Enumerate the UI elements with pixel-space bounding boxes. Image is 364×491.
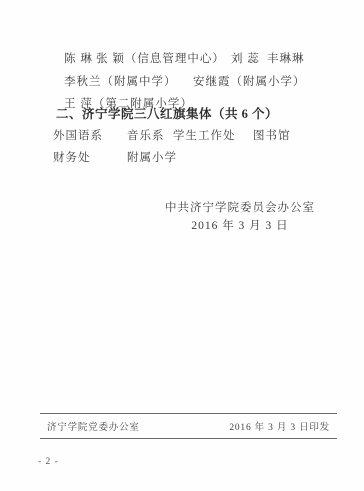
name-entry: 陈 琳	[64, 53, 93, 66]
section-heading: 二、济宁学院三八红旗集体（共 6 个）	[56, 108, 278, 121]
name-entry: 张 颖（信息管理中心）	[96, 53, 225, 66]
document-page: 陈 琳 张 颖（信息管理中心） 刘 蕊 丰琳琳 李秋兰（附属中学） 安继霞（附属…	[0, 0, 364, 491]
signature-date: 2016 年 3 月 3 日	[116, 217, 364, 235]
signature-office: 中共济宁学院委员会办公室	[116, 199, 364, 217]
dept-entry: 外国语系	[53, 130, 103, 143]
name-entry: 刘 蕊	[231, 53, 260, 66]
dept-entry: 学生工作处	[173, 130, 236, 143]
dept-entry: 附属小学	[127, 152, 177, 165]
footer-issuer: 济宁学院党委办公室	[47, 419, 140, 433]
footer-rule-box: 济宁学院党委办公室 2016 年 3 月 3 日印发	[40, 413, 337, 439]
name-entry: 李秋兰（附属中学）	[64, 76, 177, 89]
dept-entry: 财务处	[53, 152, 91, 165]
page-number: - 2 -	[38, 457, 59, 467]
dept-entry: 音乐系	[127, 130, 165, 143]
dept-entry: 图书馆	[253, 130, 291, 143]
signature-block: 中共济宁学院委员会办公室 2016 年 3 月 3 日	[116, 199, 364, 235]
footer-print-note: 2016 年 3 月 3 日印发	[229, 419, 330, 433]
name-entry: 丰琳琳	[267, 53, 305, 66]
name-entry: 安继霞（附属小学）	[193, 76, 306, 89]
